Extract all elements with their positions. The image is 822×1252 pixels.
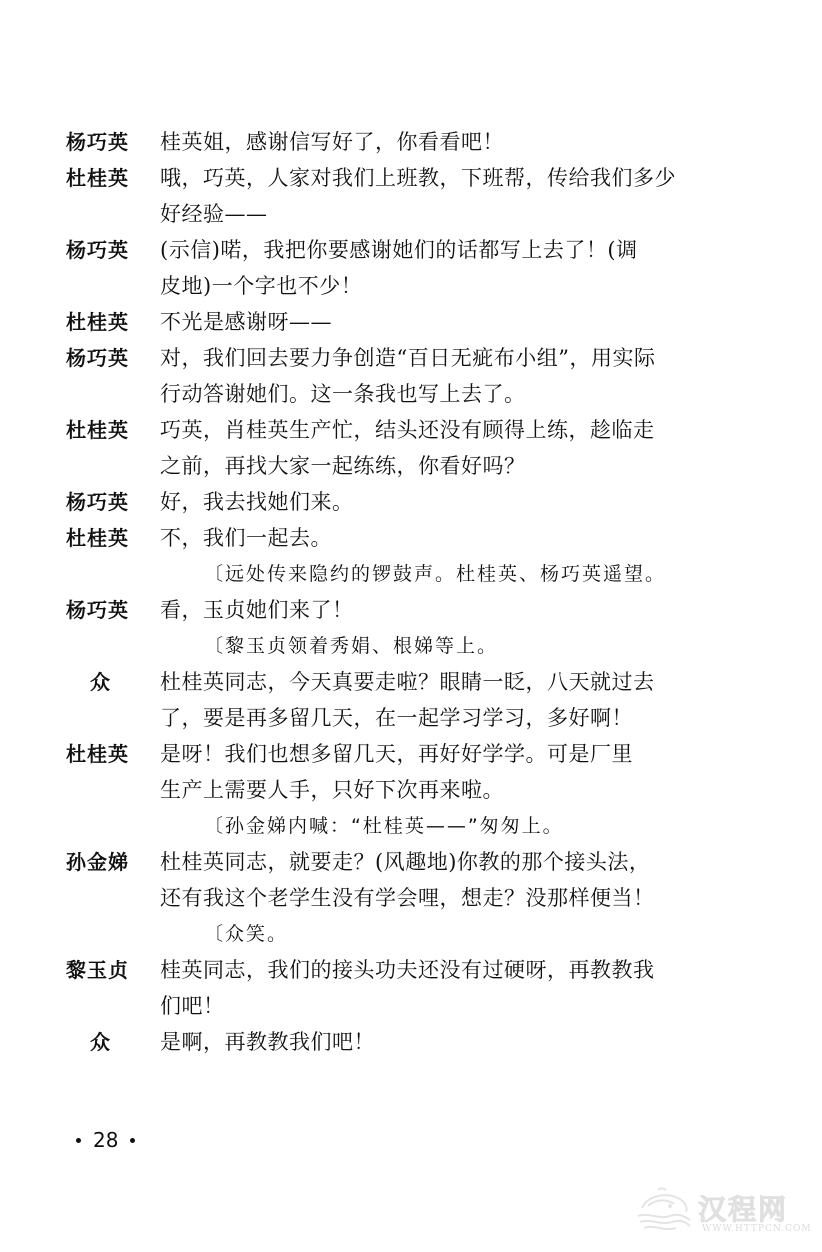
dialogue-line: 桂英同志，我们的接头功夫还没有过硬呀，再教教我	[160, 952, 706, 988]
watermark-url: WWW.HTTPCN.COM	[702, 1224, 812, 1234]
speaker-name: 杜桂英	[66, 520, 160, 556]
speaker-name: 杜桂英	[66, 412, 160, 448]
speaker-name: 杜桂英	[66, 304, 160, 340]
dialogue-line: 行动答谢她们。这一条我也写上去了。	[160, 376, 706, 412]
dialogue-line: 们吧！	[160, 988, 706, 1024]
stage-direction: 〔众笑。	[66, 916, 288, 952]
dialogue-line: 杜桂英同志，就要走？(风趣地)你教的那个接头法，	[160, 844, 706, 880]
dialogue-entry: 杜桂英 不，我们一起去。	[66, 520, 706, 556]
dialogue-line: 是呀！我们也想多留几天，再好好学学。可是厂里	[160, 736, 706, 772]
dialogue-entry: 众 是啊，再教教我们吧！	[66, 1024, 706, 1060]
speaker-name: 众	[66, 664, 160, 700]
dialogue-line: 还有我这个老学生没有学会哩，想走？没那样便当！	[160, 880, 706, 916]
dialogue-text: 杜桂英同志，就要走？(风趣地)你教的那个接头法， 还有我这个老学生没有学会哩，想…	[160, 844, 706, 916]
speaker-name: 杜桂英	[66, 736, 160, 772]
stage-direction-entry: 〔众笑。	[66, 916, 706, 952]
dialogue-line: 哦，巧英，人家对我们上班教，下班帮，传给我们多少	[160, 160, 706, 196]
dialogue-line: 对，我们回去要力争创造“百日无疵布小组”，用实际	[160, 340, 706, 376]
dialogue-text: 杜桂英同志，今天真要走啦？眼睛一眨，八天就过去 了，要是再多留几天，在一起学习学…	[160, 664, 706, 736]
dialogue-entry: 杜桂英 巧英，肖桂英生产忙，结头还没有顾得上练，趁临走 之前，再找大家一起练练，…	[66, 412, 706, 484]
dialogue-entry: 杜桂英 哦，巧英，人家对我们上班教，下班帮，传给我们多少 好经验——	[66, 160, 706, 232]
stage-direction: 〔黎玉贞领着秀娟、根娣等上。	[66, 628, 498, 664]
dialogue-line: 之前，再找大家一起练练，你看好吗？	[160, 448, 706, 484]
dialogue-line: 杜桂英同志，今天真要走啦？眼睛一眨，八天就过去	[160, 664, 706, 700]
dialogue-text: 哦，巧英，人家对我们上班教，下班帮，传给我们多少 好经验——	[160, 160, 706, 232]
speaker-name: 黎玉贞	[66, 952, 160, 988]
dialogue-text: 桂英姐，感谢信写好了，你看看吧！	[160, 124, 706, 160]
dialogue-text: 是呀！我们也想多留几天，再好好学学。可是厂里 生产上需要人手，只好下次再来啦。	[160, 736, 706, 808]
speaker-name: 杜桂英	[66, 160, 160, 196]
dialogue-line: 了，要是再多留几天，在一起学习学习，多好啊！	[160, 700, 706, 736]
speaker-name: 杨巧英	[66, 124, 160, 160]
dialogue-text: 巧英，肖桂英生产忙，结头还没有顾得上练，趁临走 之前，再找大家一起练练，你看好吗…	[160, 412, 706, 484]
dialogue-text: 不光是感谢呀——	[160, 304, 706, 340]
dialogue-text: 看，玉贞她们来了！	[160, 592, 706, 628]
dialogue-line: 巧英，肖桂英生产忙，结头还没有顾得上练，趁临走	[160, 412, 706, 448]
script-text: 杨巧英 桂英姐，感谢信写好了，你看看吧！ 杜桂英 哦，巧英，人家对我们上班教，下…	[66, 124, 706, 1060]
dialogue-line: 皮地)一个字也不少！	[160, 268, 706, 304]
dialogue-entry: 众 杜桂英同志，今天真要走啦？眼睛一眨，八天就过去 了，要是再多留几天，在一起学…	[66, 664, 706, 736]
dialogue-entry: 杨巧英 桂英姐，感谢信写好了，你看看吧！	[66, 124, 706, 160]
stage-direction-entry: 〔黎玉贞领着秀娟、根娣等上。	[66, 628, 706, 664]
stage-direction: 〔孙金娣内喊：“杜桂英——”匆匆上。	[66, 808, 564, 844]
dialogue-line: 看，玉贞她们来了！	[160, 592, 706, 628]
dialogue-text: 桂英同志，我们的接头功夫还没有过硬呀，再教教我 们吧！	[160, 952, 706, 1024]
stage-direction-entry: 〔远处传来隐约的锣鼓声。杜桂英、杨巧英遥望。	[66, 556, 706, 592]
dialogue-text: 不，我们一起去。	[160, 520, 706, 556]
dialogue-line: 不，我们一起去。	[160, 520, 706, 556]
dialogue-text: 是啊，再教教我们吧！	[160, 1024, 706, 1060]
book-page: 杨巧英 桂英姐，感谢信写好了，你看看吧！ 杜桂英 哦，巧英，人家对我们上班教，下…	[0, 0, 822, 1252]
dialogue-entry: 杨巧英 (示信)喏，我把你要感谢她们的话都写上去了！(调 皮地)一个字也不少！	[66, 232, 706, 304]
dialogue-line: 好，我去找她们来。	[160, 484, 706, 520]
dragon-wave-logo-icon	[634, 1186, 692, 1232]
dialogue-entry: 杜桂英 不光是感谢呀——	[66, 304, 706, 340]
dialogue-line: 桂英姐，感谢信写好了，你看看吧！	[160, 124, 706, 160]
dialogue-entry: 孙金娣 杜桂英同志，就要走？(风趣地)你教的那个接头法， 还有我这个老学生没有学…	[66, 844, 706, 916]
watermark-title: 汉程网	[698, 1188, 788, 1228]
watermark: 汉程网 WWW.HTTPCN.COM	[632, 1180, 822, 1240]
stage-direction: 〔远处传来隐约的锣鼓声。杜桂英、杨巧英遥望。	[66, 556, 666, 592]
dialogue-line: 生产上需要人手，只好下次再来啦。	[160, 772, 706, 808]
speaker-name: 众	[66, 1024, 160, 1060]
dialogue-line: 是啊，再教教我们吧！	[160, 1024, 706, 1060]
dialogue-line: 不光是感谢呀——	[160, 304, 706, 340]
speaker-name: 杨巧英	[66, 340, 160, 376]
page-number-text: 28	[93, 1127, 118, 1153]
dialogue-entry: 黎玉贞 桂英同志，我们的接头功夫还没有过硬呀，再教教我 们吧！	[66, 952, 706, 1024]
dialogue-entry: 杨巧英 好，我去找她们来。	[66, 484, 706, 520]
page-number: 28	[76, 1127, 135, 1153]
stage-direction-entry: 〔孙金娣内喊：“杜桂英——”匆匆上。	[66, 808, 706, 844]
bullet-dot-icon	[76, 1138, 81, 1143]
dialogue-entry: 杜桂英 是呀！我们也想多留几天，再好好学学。可是厂里 生产上需要人手，只好下次再…	[66, 736, 706, 808]
speaker-name: 孙金娣	[66, 844, 160, 880]
dialogue-entry: 杨巧英 对，我们回去要力争创造“百日无疵布小组”，用实际 行动答谢她们。这一条我…	[66, 340, 706, 412]
dialogue-text: (示信)喏，我把你要感谢她们的话都写上去了！(调 皮地)一个字也不少！	[160, 232, 706, 304]
dialogue-line: 好经验——	[160, 196, 706, 232]
speaker-name: 杨巧英	[66, 484, 160, 520]
dialogue-line: (示信)喏，我把你要感谢她们的话都写上去了！(调	[160, 232, 706, 268]
speaker-name: 杨巧英	[66, 592, 160, 628]
dialogue-entry: 杨巧英 看，玉贞她们来了！	[66, 592, 706, 628]
bullet-dot-icon	[130, 1138, 135, 1143]
dialogue-text: 对，我们回去要力争创造“百日无疵布小组”，用实际 行动答谢她们。这一条我也写上去…	[160, 340, 706, 412]
dialogue-text: 好，我去找她们来。	[160, 484, 706, 520]
speaker-name: 杨巧英	[66, 232, 160, 268]
